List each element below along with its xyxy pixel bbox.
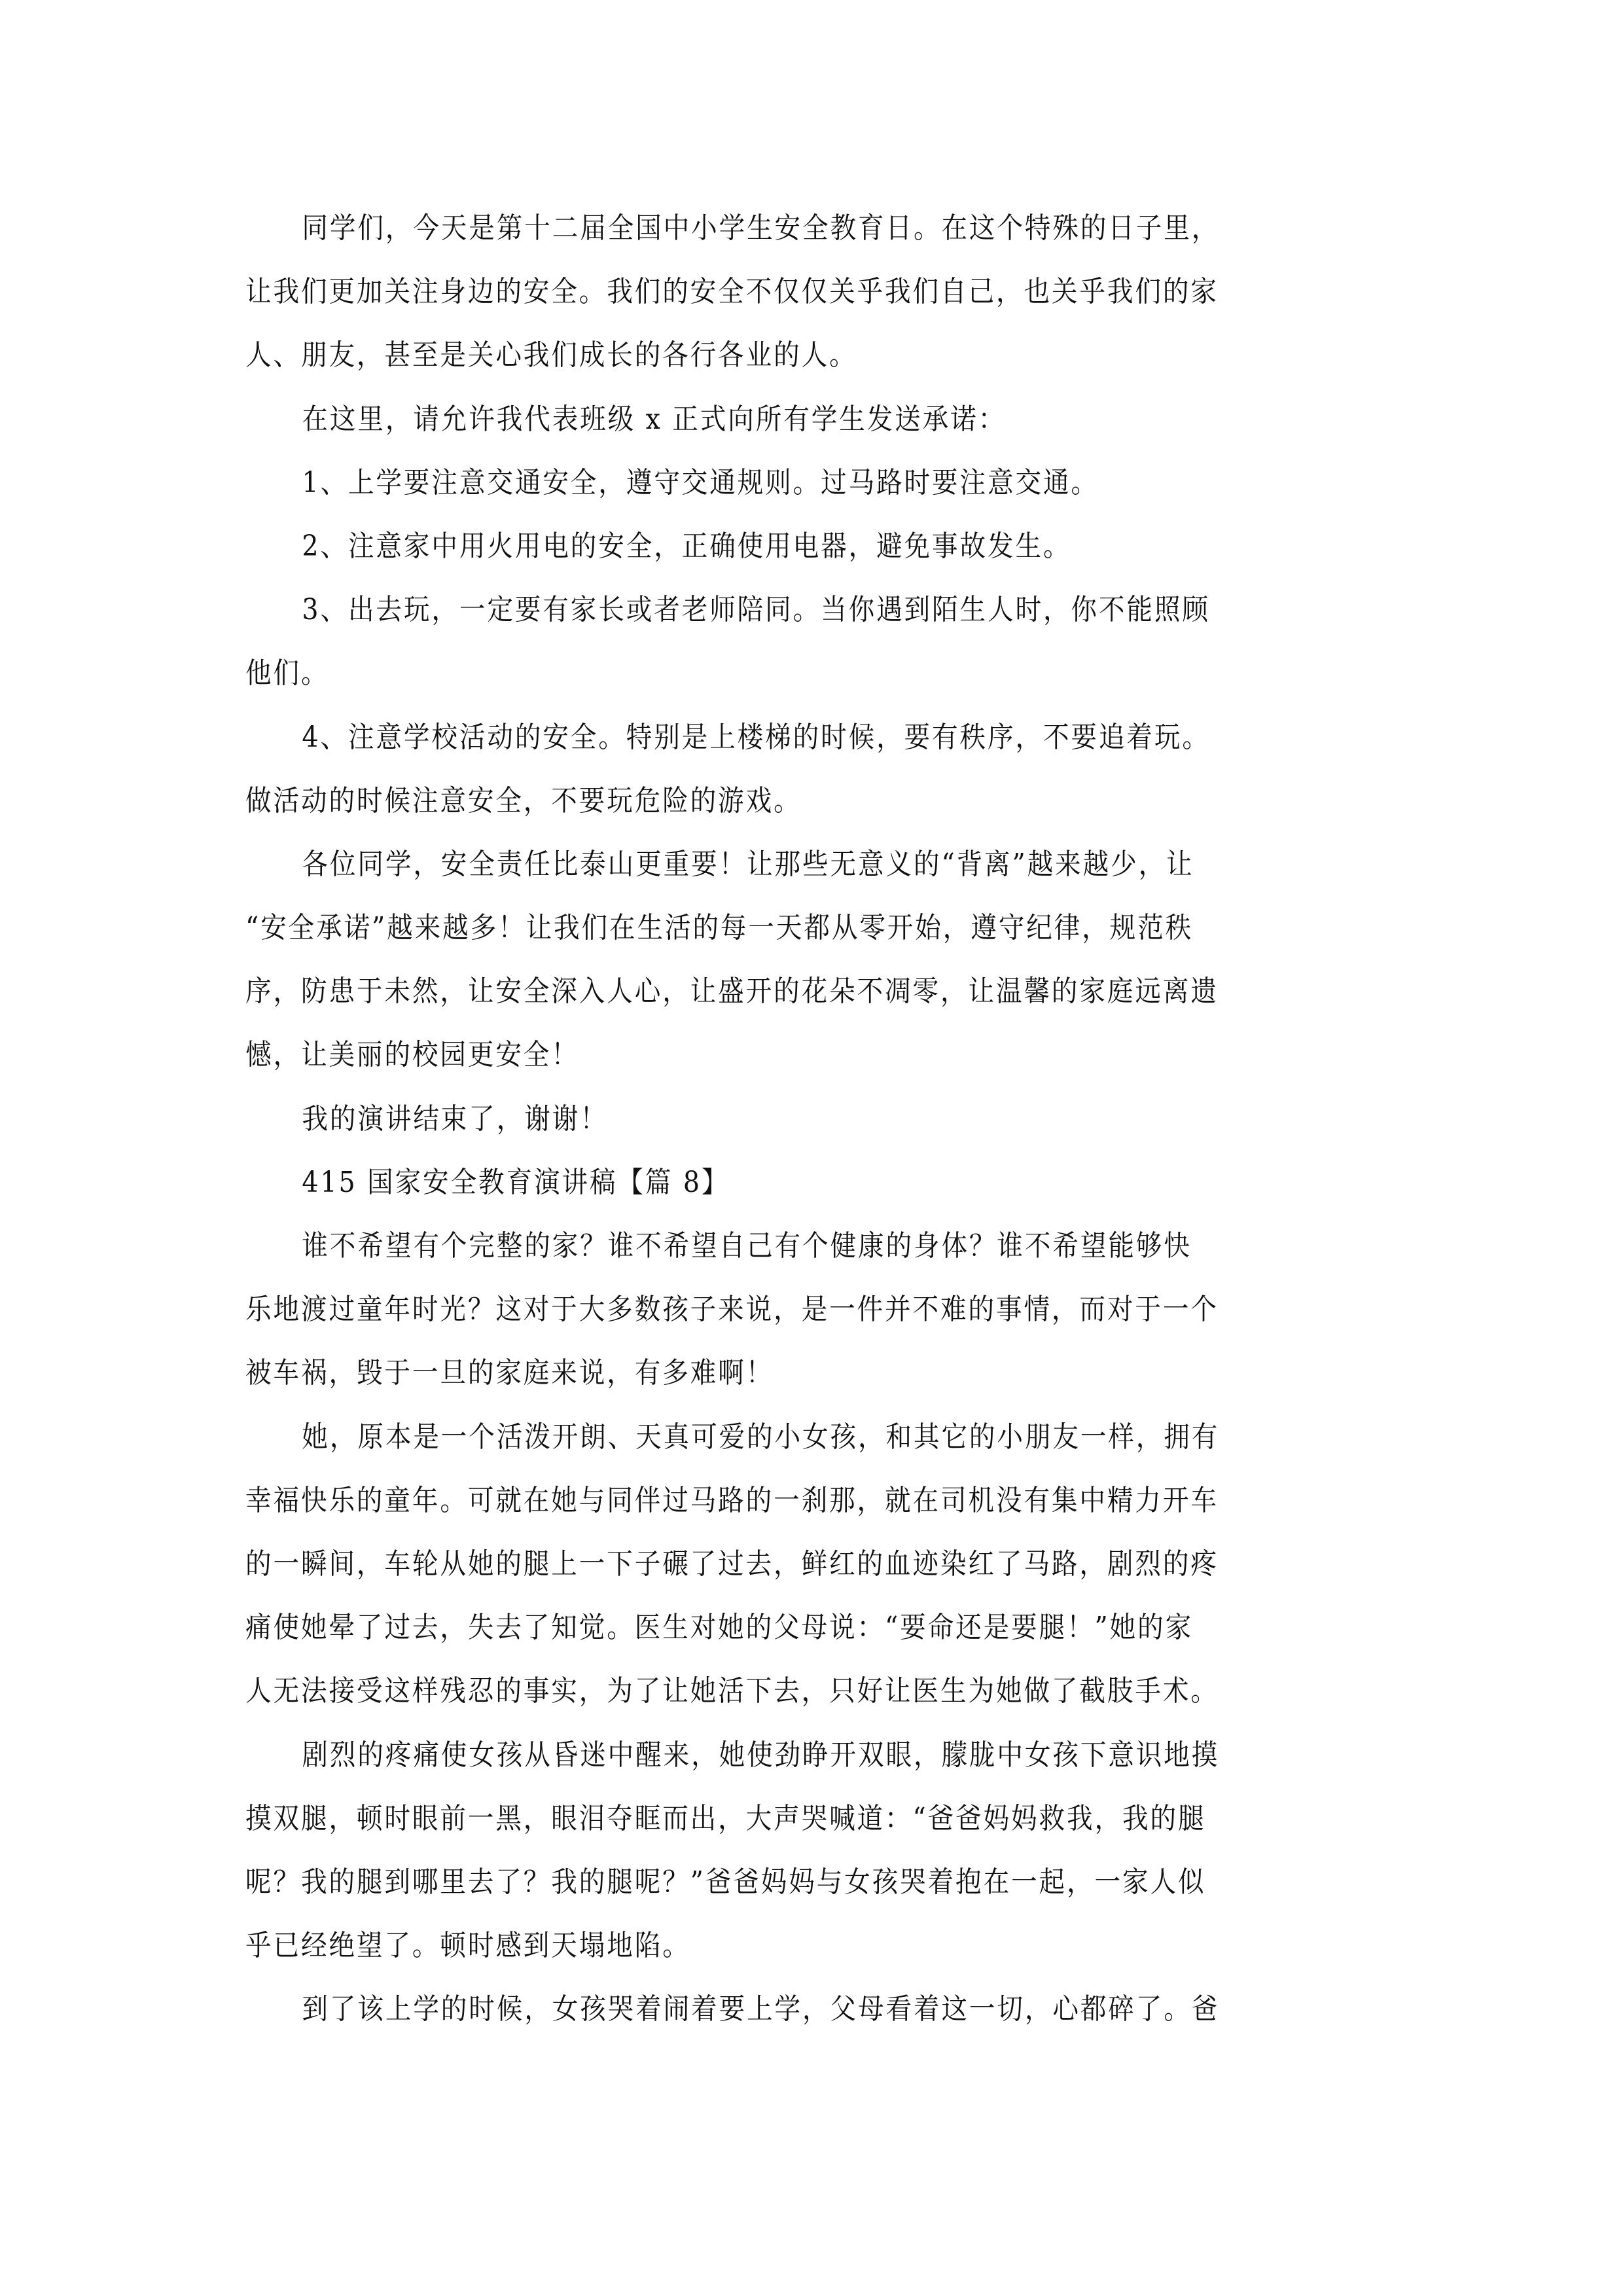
text-line: 谁不希望有个完整的家？谁不希望自己有个健康的身体？谁不希望能够快 [245, 1214, 1270, 1278]
text-line: 乐地渡过童年时光？这对于大多数孩子来说，是一件并不难的事情，而对于一个 [245, 1278, 1270, 1341]
document-body: 同学们，今天是第十二届全国中小学生安全教育日。在这个特殊的日子里， 让我们更加关… [245, 196, 1384, 2041]
text-line: 到了该上学的时候，女孩哭着闹着要上学，父母看着这一切，心都碎了。爸 [245, 1977, 1270, 2041]
text-line: 痛使她晕了过去，失去了知觉。医生对她的父母说：“要命还是要腿！”她的家 [245, 1596, 1270, 1659]
paragraph-section8-intro: 谁不希望有个完整的家？谁不希望自己有个健康的身体？谁不希望能够快 乐地渡过童年时… [245, 1214, 1384, 1405]
heading-text: 415 国家安全教育演讲稿【篇 8】 [245, 1151, 1270, 1214]
text-line: 各位同学，安全责任比泰山更重要！让那些无意义的“背离”越来越少，让 [245, 833, 1270, 896]
text-line: 同学们，今天是第十二届全国中小学生安全教育日。在这个特殊的日子里， [245, 196, 1270, 260]
paragraph-story-accident: 她，原本是一个活泼开朗、天真可爱的小女孩，和其它的小朋友一样，拥有 幸福快乐的童… [245, 1405, 1384, 1723]
text-line: 1、上学要注意交通安全，遵守交通规则。过马路时要注意交通。 [245, 451, 1270, 514]
text-line: 在这里，请允许我代表班级 x 正式向所有学生发送承诺： [245, 387, 1270, 451]
text-line: 让我们更加关注身边的安全。我们的安全不仅仅关乎我们自己，也关乎我们的家 [245, 260, 1270, 323]
text-line: 幸福快乐的童年。可就在她与同伴过马路的一刹那，就在司机没有集中精力开车 [245, 1469, 1270, 1532]
paragraph-call-to-action: 各位同学，安全责任比泰山更重要！让那些无意义的“背离”越来越少，让 “安全承诺”… [245, 833, 1384, 1087]
list-item-1: 1、上学要注意交通安全，遵守交通规则。过马路时要注意交通。 [245, 451, 1384, 514]
list-item-3: 3、出去玩，一定要有家长或者老师陪同。当你遇到陌生人时，你不能照顾 他们。 [245, 578, 1384, 705]
paragraph-opening: 同学们，今天是第十二届全国中小学生安全教育日。在这个特殊的日子里， 让我们更加关… [245, 196, 1384, 387]
list-item-4: 4、注意学校活动的安全。特别是上楼梯的时候，要有秩序，不要追着玩。 做活动的时候… [245, 706, 1384, 833]
text-line: 乎已经绝望了。顿时感到天塌地陷。 [245, 1914, 1270, 1977]
text-line: “安全承诺”越来越多！让我们在生活的每一天都从零开始，遵守纪律，规范秩 [245, 896, 1270, 960]
text-line: 4、注意学校活动的安全。特别是上楼梯的时候，要有秩序，不要追着玩。 [245, 706, 1270, 769]
document-page: 同学们，今天是第十二届全国中小学生安全教育日。在这个特殊的日子里， 让我们更加关… [0, 0, 1623, 2296]
paragraph-story-school: 到了该上学的时候，女孩哭着闹着要上学，父母看着这一切，心都碎了。爸 [245, 1977, 1384, 2041]
text-line: 我的演讲结束了，谢谢！ [245, 1087, 1270, 1151]
text-line: 憾，让美丽的校园更安全！ [245, 1023, 1270, 1086]
text-line: 剧烈的疼痛使女孩从昏迷中醒来，她使劲睁开双眼，朦胧中女孩下意识地摸 [245, 1723, 1270, 1787]
text-line: 的一瞬间，车轮从她的腿上一下子碾了过去，鲜红的血迹染红了马路，剧烈的疼 [245, 1532, 1270, 1596]
text-line: 做活动的时候注意安全，不要玩危险的游戏。 [245, 769, 1270, 833]
text-line: 他们。 [245, 641, 1270, 705]
text-line: 摸双腿，顿时眼前一黑，眼泪夺眶而出，大声哭喊道：“爸爸妈妈救我，我的腿 [245, 1787, 1270, 1850]
text-line: 她，原本是一个活泼开朗、天真可爱的小女孩，和其它的小朋友一样，拥有 [245, 1405, 1270, 1469]
text-line: 2、注意家中用火用电的安全，正确使用电器，避免事故发生。 [245, 514, 1270, 578]
paragraph-story-waking: 剧烈的疼痛使女孩从昏迷中醒来，她使劲睁开双眼，朦胧中女孩下意识地摸 摸双腿，顿时… [245, 1723, 1384, 1978]
text-line: 人、朋友，甚至是关心我们成长的各行各业的人。 [245, 323, 1270, 387]
list-item-2: 2、注意家中用火用电的安全，正确使用电器，避免事故发生。 [245, 514, 1384, 578]
text-line: 被车祸，毁于一旦的家庭来说，有多难啊！ [245, 1341, 1270, 1405]
text-line: 3、出去玩，一定要有家长或者老师陪同。当你遇到陌生人时，你不能照顾 [245, 578, 1270, 641]
text-line: 序，防患于未然，让安全深入人心，让盛开的花朵不凋零，让温馨的家庭远离遗 [245, 960, 1270, 1023]
paragraph-promise-intro: 在这里，请允许我代表班级 x 正式向所有学生发送承诺： [245, 387, 1384, 451]
paragraph-closing: 我的演讲结束了，谢谢！ [245, 1087, 1384, 1151]
text-line: 人无法接受这样残忍的事实，为了让她活下去，只好让医生为她做了截肢手术。 [245, 1659, 1270, 1723]
text-line: 呢？我的腿到哪里去了？我的腿呢？”爸爸妈妈与女孩哭着抱在一起，一家人似 [245, 1850, 1270, 1914]
section-heading: 415 国家安全教育演讲稿【篇 8】 [245, 1151, 1384, 1214]
